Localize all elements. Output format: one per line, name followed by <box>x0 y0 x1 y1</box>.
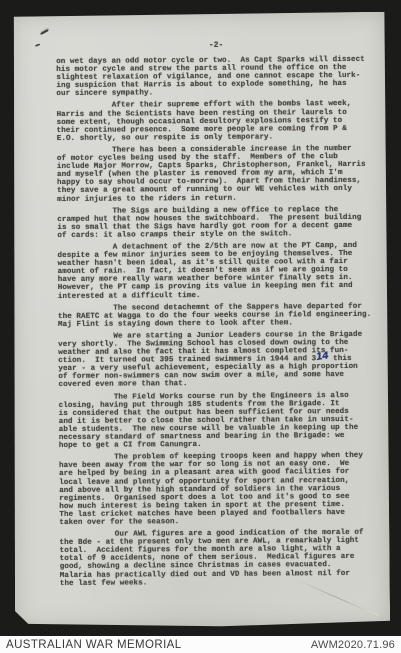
paragraph: Our AWL figures are a good indication of… <box>59 529 381 588</box>
paragraph: The problem of keeping troops keen and h… <box>59 452 382 527</box>
typed-line: minor injuries to the riders in return. <box>57 193 379 203</box>
typed-line: covered even more than that. <box>58 379 380 389</box>
handwritten-correction: 14 <box>316 353 329 361</box>
document-page: -2- on wet days an odd motor cycle or tw… <box>11 12 390 629</box>
typed-line: interested at a difficult time. <box>58 290 380 300</box>
paragraph: After their supreme effort with the bomb… <box>56 100 378 143</box>
paragraph: on wet days an odd motor cycle or two. A… <box>56 56 378 99</box>
catalog-number-label: AWM2020.71.96 <box>311 639 395 651</box>
typed-line: Maj Flint is staying down there to look … <box>58 319 380 329</box>
typed-line: the last few weeks. <box>60 577 382 587</box>
paragraph: We are starting a Junior Leaders course … <box>58 331 380 390</box>
paragraph: The Field Works course run by the Engine… <box>59 391 381 450</box>
paragraph: The Sigs are building a new office to re… <box>57 205 379 240</box>
page-number: -2- <box>56 40 376 51</box>
scanned-document-view: -2- on wet days an odd motor cycle or tw… <box>0 0 401 653</box>
paragraph: The second detachemnt of the Sappers hav… <box>58 302 380 329</box>
paper-stain-mark <box>40 29 49 35</box>
typed-text-body: on wet days an odd motor cycle or two. A… <box>56 56 382 592</box>
archive-caption-bar: AUSTRALIAN WAR MEMORIAL AWM2020.71.96 <box>0 636 401 653</box>
institution-label: AUSTRALIAN WAR MEMORIAL <box>6 639 182 651</box>
typed-line: taken over for the season. <box>59 517 381 527</box>
paper-stain-mark <box>35 43 40 46</box>
typed-line: of cards: it also cramps their style on … <box>57 230 379 240</box>
typed-line: E.O. shortly, so our respite is only tem… <box>57 133 379 143</box>
typed-line: hope to get a CI from Canungra. <box>59 440 381 450</box>
paragraph: A detachment of the 2/5th are now at the… <box>57 242 379 301</box>
typed-line: our sincere sympathy. <box>56 88 378 98</box>
paragraph: There has been a considerable increase i… <box>57 145 379 204</box>
